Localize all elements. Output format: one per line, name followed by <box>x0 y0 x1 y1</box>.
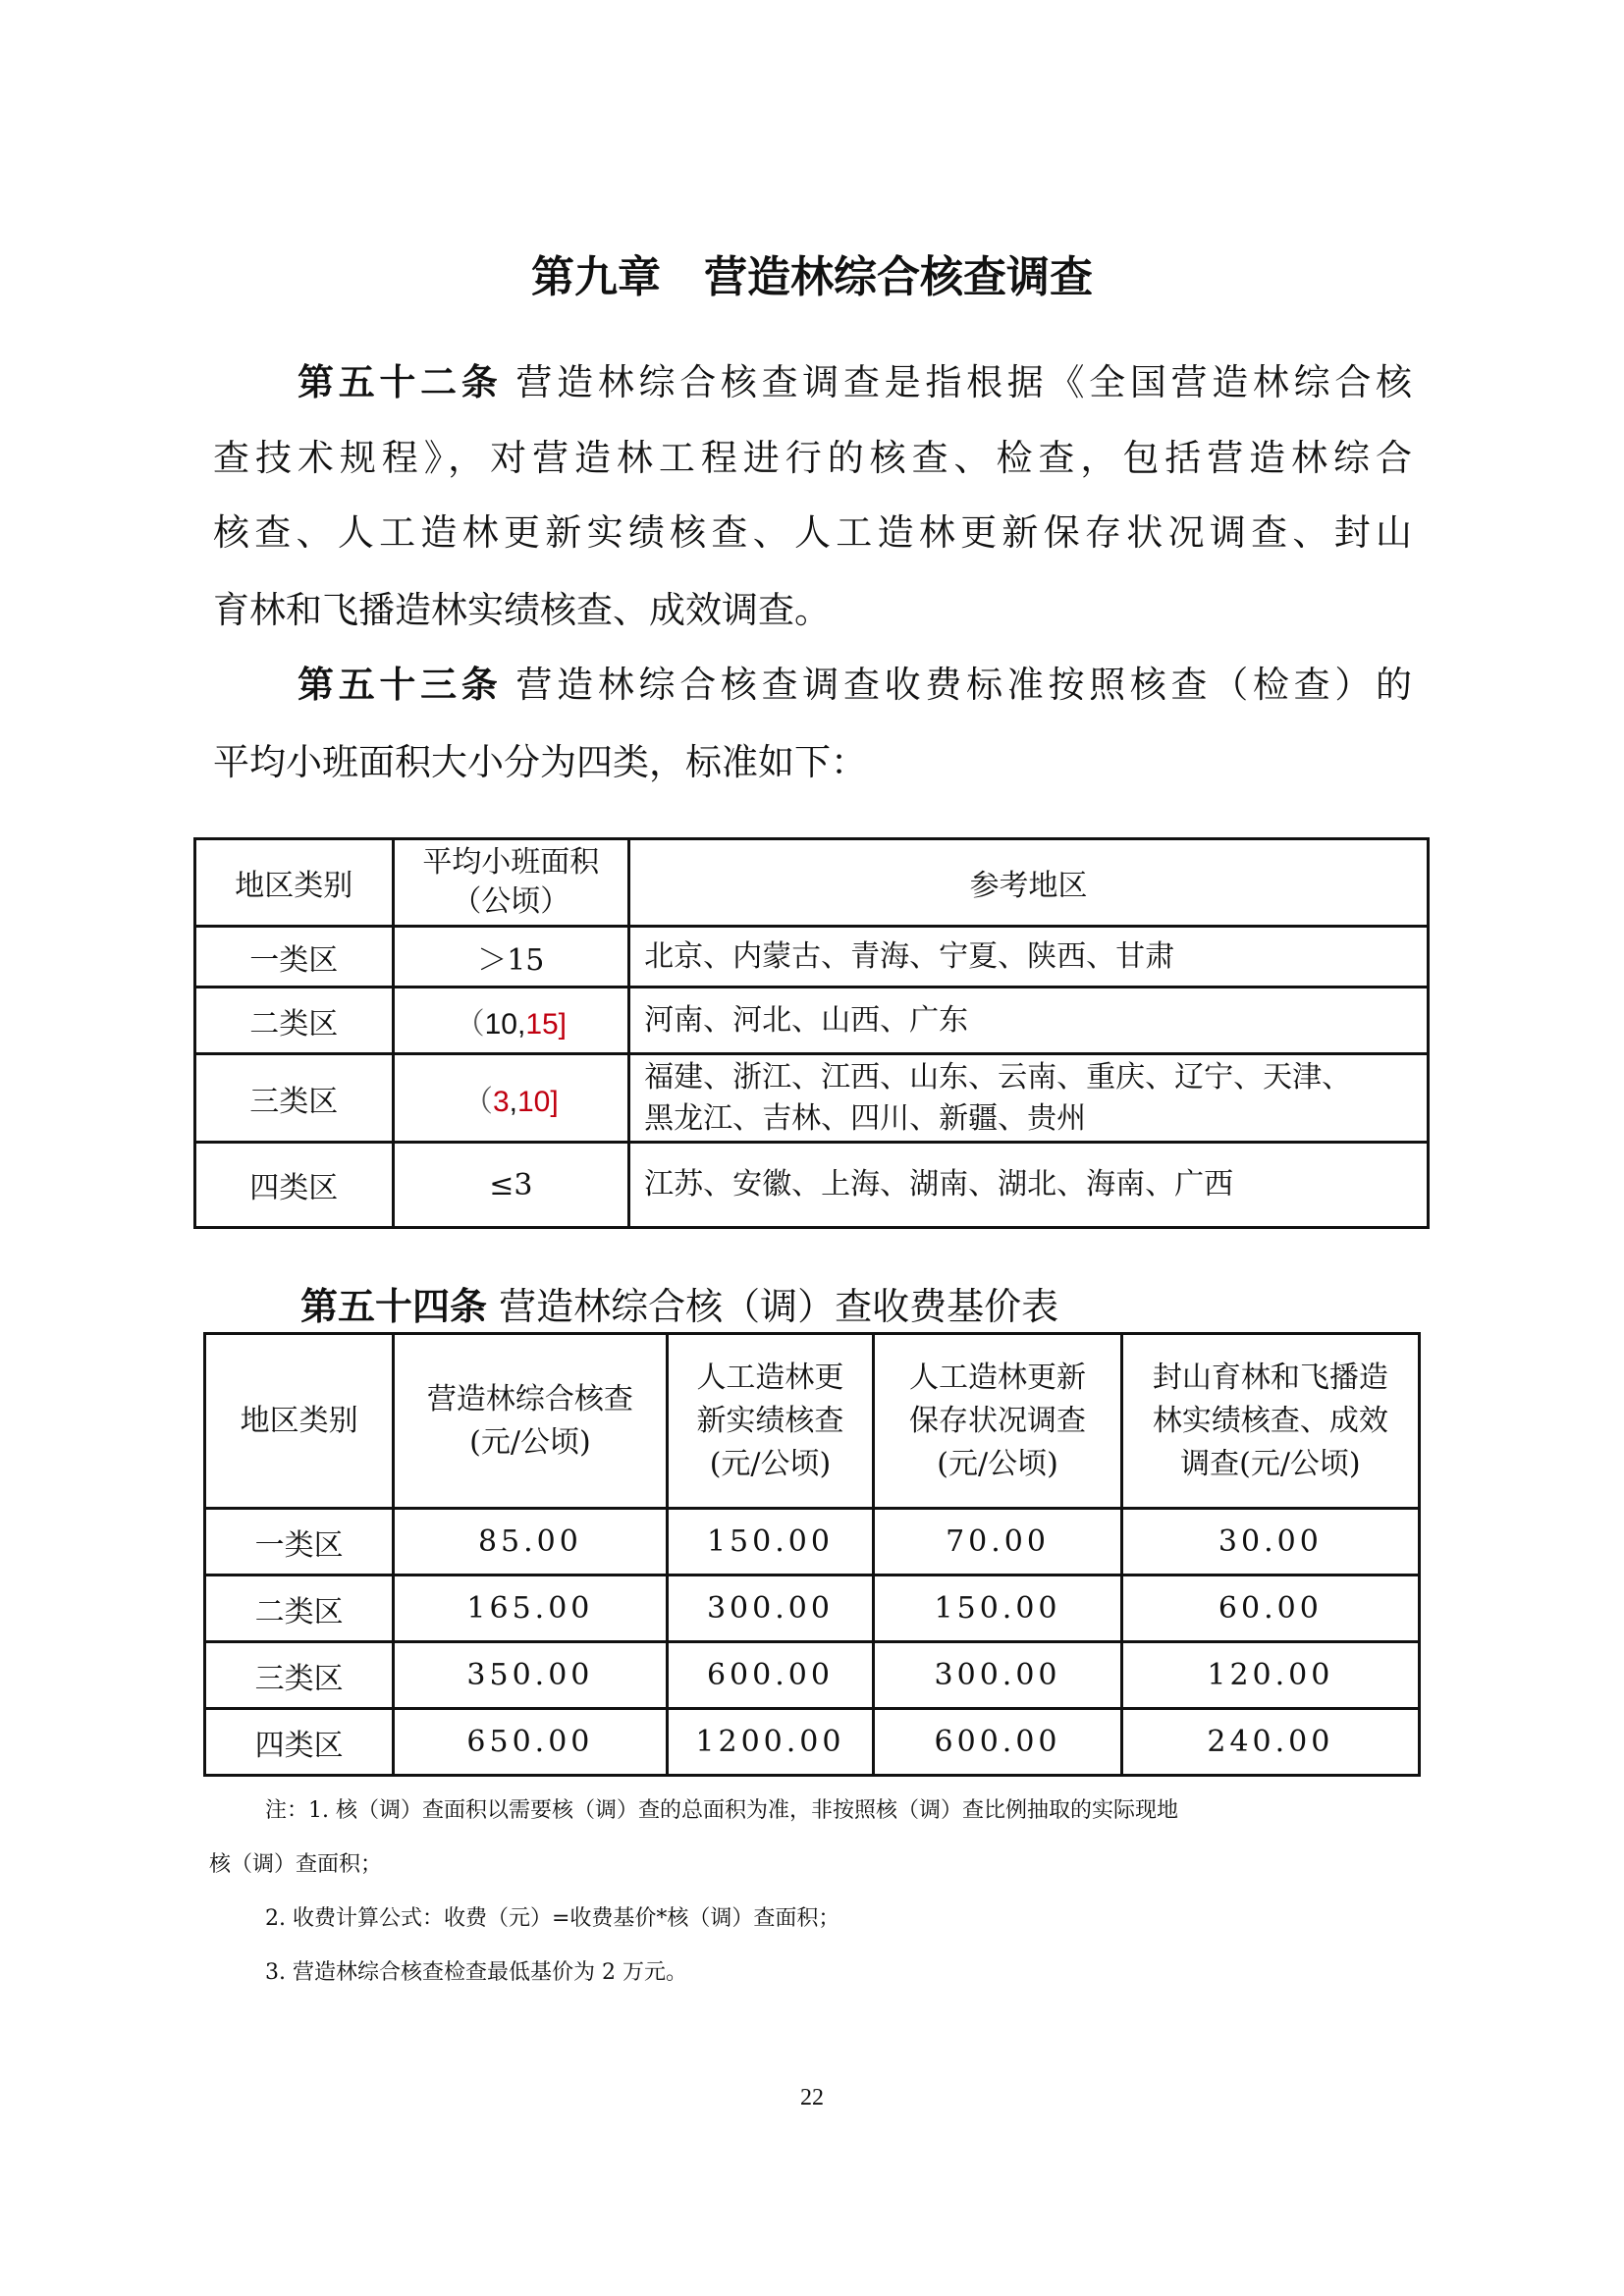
header-region-category: 地区类别 <box>195 839 394 927</box>
header-avg-area: 平均小班面积（公顷） <box>393 839 629 927</box>
cell-regions: 北京、内蒙古、青海、宁夏、陕西、甘肃 <box>629 927 1429 988</box>
header-renewal-preservation: 人工造林更新保存状况调查(元/公顷) <box>874 1334 1121 1509</box>
cell-value: 350.00 <box>394 1642 667 1709</box>
table-row: 二类区 （10,15] 河南、河北、山西、广东 <box>195 988 1429 1054</box>
cell-value: 120.00 <box>1121 1642 1419 1709</box>
cell-category: 二类区 <box>195 988 394 1054</box>
cell-category: 一类区 <box>195 927 394 988</box>
article53-label: 第五十三条 <box>298 664 502 706</box>
cell-value: 240.00 <box>1121 1709 1419 1776</box>
cell-category: 三类区 <box>205 1642 394 1709</box>
cell-regions: 河南、河北、山西、广东 <box>629 988 1429 1054</box>
cell-value: 165.00 <box>394 1575 667 1642</box>
article54-heading: 第五十四条 营造林综合核（调）查收费基价表 <box>300 1276 1058 1330</box>
cell-value: 60.00 <box>1121 1575 1419 1642</box>
header-region-category: 地区类别 <box>205 1334 394 1509</box>
table-row: 四类区 650.00 1200.00 600.00 240.00 <box>205 1709 1420 1776</box>
header-closure-aerial-seeding: 封山育林和飞播造林实绩核查、成效调查(元/公顷) <box>1121 1334 1419 1509</box>
article52-line-3: 核查、人工造林更新实绩核查、人工造林更新保存状况调查、封山 <box>213 510 1412 556</box>
cell-category: 四类区 <box>205 1709 394 1776</box>
note-1-line-2: 核（调）查面积； <box>209 1850 382 1880</box>
header-renewal-performance: 人工造林更新实绩核查(元/公顷) <box>667 1334 874 1509</box>
note-2: 2. 收费计算公式：收费（元）=收费基价*核（调）查面积； <box>265 1904 839 1934</box>
chapter-title: 第九章 营造林综合核查调查 <box>0 241 1624 304</box>
article53-line-1: 第五十三条 营造林综合核查调查收费标准按照核查（检查）的 <box>298 663 1412 708</box>
cell-value: 600.00 <box>667 1642 874 1709</box>
cell-value: 1200.00 <box>667 1709 874 1776</box>
cell-value: 150.00 <box>874 1575 1121 1642</box>
header-comprehensive-check: 营造林综合核查(元/公顷) <box>394 1334 667 1509</box>
article52-line-1: 第五十二条 营造林综合核查调查是指根据《全国营造林综合核 <box>298 360 1412 405</box>
cell-regions: 福建、浙江、江西、山东、云南、重庆、辽宁、天津、黑龙江、吉林、四川、新疆、贵州 <box>629 1054 1429 1143</box>
cell-area: （10,15] <box>393 988 629 1054</box>
note-1-line-1: 注：1. 核（调）查面积以需要核（调）查的总面积为准，非按照核（调）查比例抽取的… <box>265 1796 1178 1826</box>
table-row: 二类区 165.00 300.00 150.00 60.00 <box>205 1575 1420 1642</box>
article54-label: 第五十四条 <box>300 1285 487 1328</box>
table-row: 三类区 （3,10] 福建、浙江、江西、山东、云南、重庆、辽宁、天津、黑龙江、吉… <box>195 1054 1429 1143</box>
cell-regions: 江苏、安徽、上海、湖南、湖北、海南、广西 <box>629 1143 1429 1228</box>
table-row: 四类区 ≤3 江苏、安徽、上海、湖南、湖北、海南、广西 <box>195 1143 1429 1228</box>
cell-value: 30.00 <box>1121 1509 1419 1575</box>
cell-area: ＞15 <box>393 927 629 988</box>
article52-line-4: 育林和飞播造林实绩核查、成效调查。 <box>213 588 1412 633</box>
page-number: 22 <box>0 2085 1624 2111</box>
cell-category: 三类区 <box>195 1054 394 1143</box>
table-row: 一类区 ＞15 北京、内蒙古、青海、宁夏、陕西、甘肃 <box>195 927 1429 988</box>
article54-title: 营造林综合核（调）查收费基价表 <box>499 1285 1058 1328</box>
cell-category: 四类区 <box>195 1143 394 1228</box>
cell-value: 150.00 <box>667 1509 874 1575</box>
article53-line-2: 平均小班面积大小分为四类，标准如下： <box>213 740 1412 785</box>
table-header-row: 地区类别 营造林综合核查(元/公顷) 人工造林更新实绩核查(元/公顷) 人工造林… <box>205 1334 1420 1509</box>
note-3: 3. 营造林综合核查检查最低基价为 2 万元。 <box>265 1958 687 1988</box>
cell-value: 300.00 <box>667 1575 874 1642</box>
table-row: 一类区 85.00 150.00 70.00 30.00 <box>205 1509 1420 1575</box>
article52-line-2: 查技术规程》，对营造林工程进行的核查、检查，包括营造林综合 <box>213 436 1412 481</box>
cell-area: （3,10] <box>393 1054 629 1143</box>
cell-value: 650.00 <box>394 1709 667 1776</box>
article52-label: 第五十二条 <box>298 361 502 403</box>
cell-value: 70.00 <box>874 1509 1121 1575</box>
fee-base-price-table: 地区类别 营造林综合核查(元/公顷) 人工造林更新实绩核查(元/公顷) 人工造林… <box>203 1332 1421 1777</box>
cell-value: 300.00 <box>874 1642 1121 1709</box>
cell-category: 二类区 <box>205 1575 394 1642</box>
region-category-table: 地区类别 平均小班面积（公顷） 参考地区 一类区 ＞15 北京、内蒙古、青海、宁… <box>193 837 1430 1229</box>
table-row: 三类区 350.00 600.00 300.00 120.00 <box>205 1642 1420 1709</box>
cell-category: 一类区 <box>205 1509 394 1575</box>
cell-area: ≤3 <box>393 1143 629 1228</box>
table-header-row: 地区类别 平均小班面积（公顷） 参考地区 <box>195 839 1429 927</box>
cell-value: 85.00 <box>394 1509 667 1575</box>
cell-value: 600.00 <box>874 1709 1121 1776</box>
header-reference-regions: 参考地区 <box>629 839 1429 927</box>
